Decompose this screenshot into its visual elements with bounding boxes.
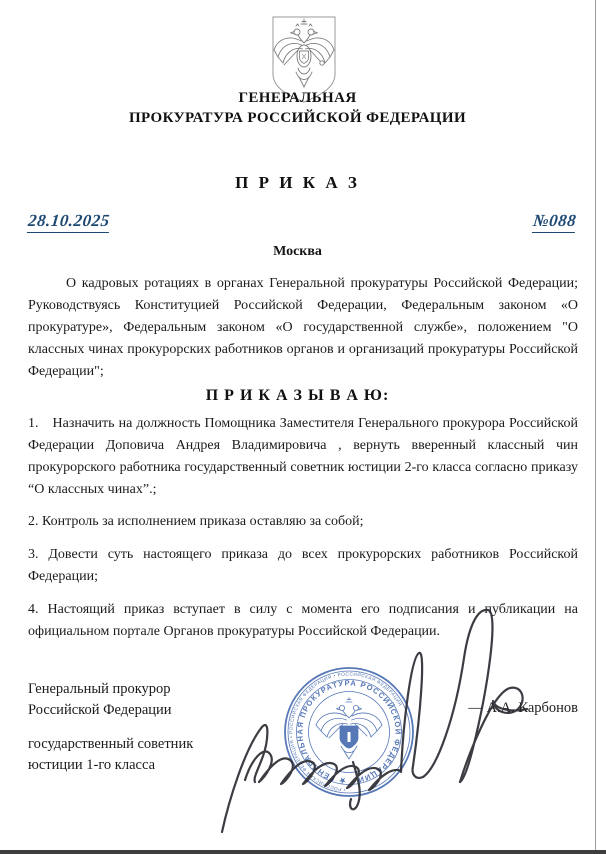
signer-rank-line2: юстиции 1-го класса	[28, 757, 155, 774]
signer-rank-line1: государственный советник	[28, 736, 193, 753]
preamble-paragraph: О кадровых ротациях в органах Генерально…	[28, 273, 578, 383]
signer-post-line2: Российской Федерации	[28, 702, 172, 719]
order-heading: П Р И К А З Ы В А Ю:	[0, 387, 595, 405]
city-label: Москва	[0, 244, 595, 260]
order-item-2: 2. Контроль за исполнением приказа остав…	[28, 511, 578, 533]
handwritten-signature-scrawl	[205, 596, 555, 841]
order-date-field: 28.10.2025	[28, 211, 110, 233]
order-item-1: 1. Назначить на должность Помощника Заме…	[28, 413, 578, 501]
order-number-field: №088	[533, 211, 576, 233]
org-name-line1: ГЕНЕРАЛЬНАЯ	[0, 90, 595, 107]
document-title: П Р И К А З	[0, 173, 595, 193]
signer-post-line1: Генеральный прокурор	[28, 681, 171, 698]
page-right-border	[595, 0, 596, 854]
order-document-page: ГЕНЕРАЛЬНАЯ ПРОКУРАТУРА РОССИЙСКОЙ ФЕДЕР…	[0, 0, 606, 854]
order-item-3: 3. Довести суть настоящего приказа до вс…	[28, 544, 578, 588]
order-number: №088	[532, 211, 577, 233]
order-date: 28.10.2025	[27, 211, 111, 233]
page-bottom-border	[0, 850, 606, 854]
org-name-line2: ПРОКУРАТУРА РОССИЙСКОЙ ФЕДЕРАЦИИ	[0, 110, 595, 127]
